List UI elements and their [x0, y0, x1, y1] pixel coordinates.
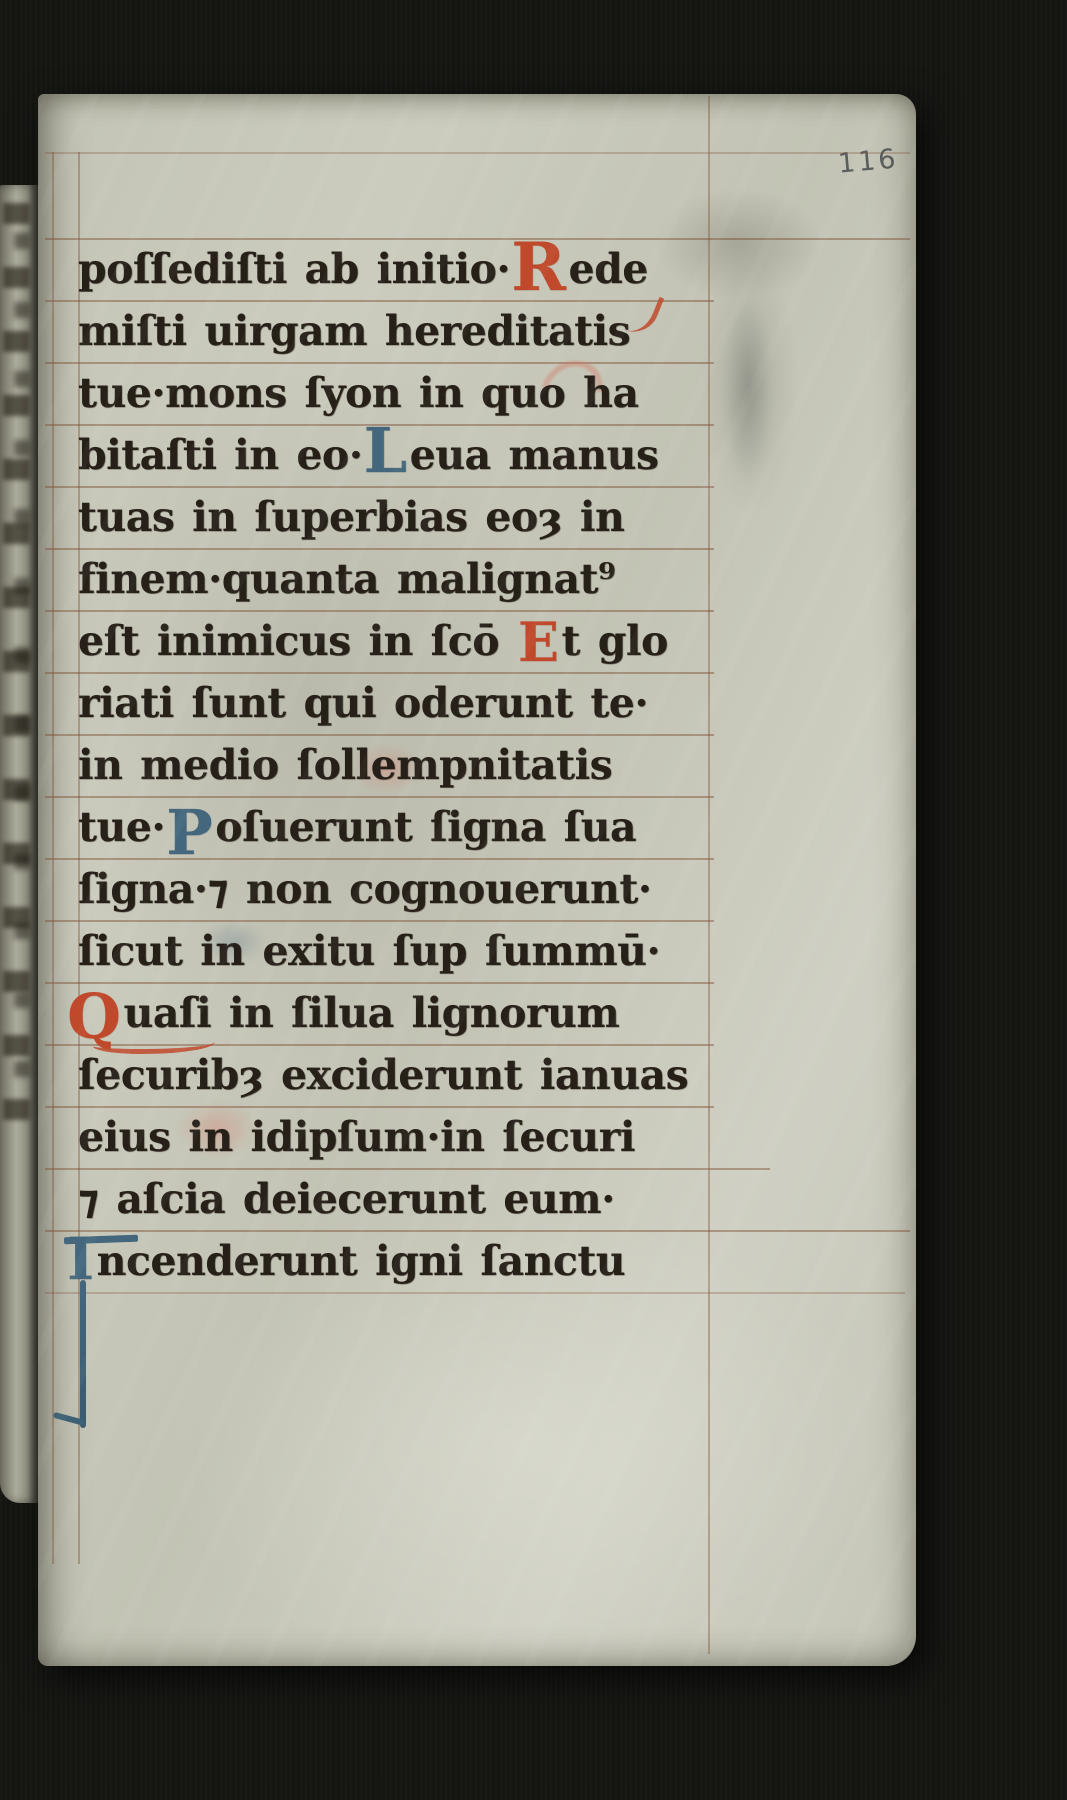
illuminated-initial-R: R	[511, 247, 565, 287]
line-text: riati ſunt qui oderunt te·	[78, 679, 648, 727]
line-text: tue·	[78, 803, 165, 851]
illuminated-initial-E: E	[518, 622, 559, 662]
facing-page-edge	[0, 185, 40, 1503]
folio-number: 116	[837, 143, 900, 179]
text-line: Incenderunt igni ſanctu	[66, 1230, 625, 1292]
line-text: bitaſti in eo·	[78, 431, 363, 479]
line-text: miſti uirgam hereditatis	[78, 307, 630, 355]
line-text: eius in idipſum·in ſecuri	[78, 1113, 635, 1161]
line-text: finem·quanta malignat⁹	[78, 555, 615, 603]
line-text: in medio ſollempnitatis	[78, 741, 612, 789]
text-line: riati ſunt qui oderunt te·	[78, 672, 648, 734]
facing-page-text-fragments	[14, 233, 30, 1093]
illuminated-initial-I: I	[67, 1239, 94, 1279]
text-line: tuas in ſuperbias eoȝ in	[78, 486, 624, 548]
text-line: bitaſti in eo·Leua manus	[78, 424, 659, 486]
illuminated-initial-P: P	[166, 813, 212, 853]
initial-I-descender	[80, 1280, 86, 1428]
text-line: ſigna·⁊ non cognouerunt·	[78, 858, 652, 920]
line-text: tue·mons ſyon in quo ha	[78, 369, 639, 417]
line-text: ſigna·⁊ non cognouerunt·	[78, 865, 652, 913]
text-line: ſicut in exitu ſup ſummū·	[78, 920, 660, 982]
text-line: ſecuribȝ exciderunt ianuas	[78, 1044, 688, 1106]
line-text: eua manus	[410, 431, 659, 479]
text-line: tue·Poſuerunt ſigna ſua	[78, 796, 636, 858]
line-text: uaſi in ſilua lignorum	[124, 989, 620, 1037]
text-line: eius in idipſum·in ſecuri	[78, 1106, 635, 1168]
line-text: ncenderunt igni ſanctu	[97, 1237, 625, 1285]
line-text: oſuerunt ſigna ſua	[215, 803, 636, 851]
line-text: poſſediſti ab initio·	[78, 245, 510, 293]
text-line: tue·mons ſyon in quo ha	[78, 362, 639, 424]
margin-smudge	[724, 300, 772, 480]
line-text: ⁊ aſcia deiecerunt eum·	[78, 1175, 615, 1223]
line-text: ſecuribȝ exciderunt ianuas	[78, 1051, 688, 1099]
manuscript-page: 116 poſſediſti ab initio·Rede miſ	[38, 94, 916, 1666]
vertical-ruling-right	[708, 96, 710, 1654]
text-line: finem·quanta malignat⁹	[78, 548, 615, 610]
line-text: ede	[569, 245, 648, 293]
ruled-line	[45, 152, 910, 154]
line-text: t glo	[562, 617, 668, 665]
illuminated-initial-L: L	[364, 431, 407, 471]
photograph-backdrop: 116 poſſediſti ab initio·Rede miſ	[0, 0, 1067, 1800]
text-line: eſt inimicus in ſcō Et glo	[78, 610, 668, 672]
illuminated-initial-Q: Q	[67, 997, 121, 1037]
text-line: miſti uirgam hereditatis	[78, 300, 630, 362]
line-text: tuas in ſuperbias eoȝ in	[78, 493, 624, 541]
ruled-line	[45, 1292, 905, 1294]
text-line: in medio ſollempnitatis	[78, 734, 612, 796]
line-text: ſicut in exitu ſup ſummū·	[78, 927, 660, 975]
text-line: ⁊ aſcia deiecerunt eum·	[78, 1168, 615, 1230]
vertical-ruling-left-outer	[52, 152, 54, 1564]
text-line: poſſediſti ab initio·Rede	[78, 238, 648, 300]
line-text: eſt inimicus in ſcō	[78, 617, 517, 665]
